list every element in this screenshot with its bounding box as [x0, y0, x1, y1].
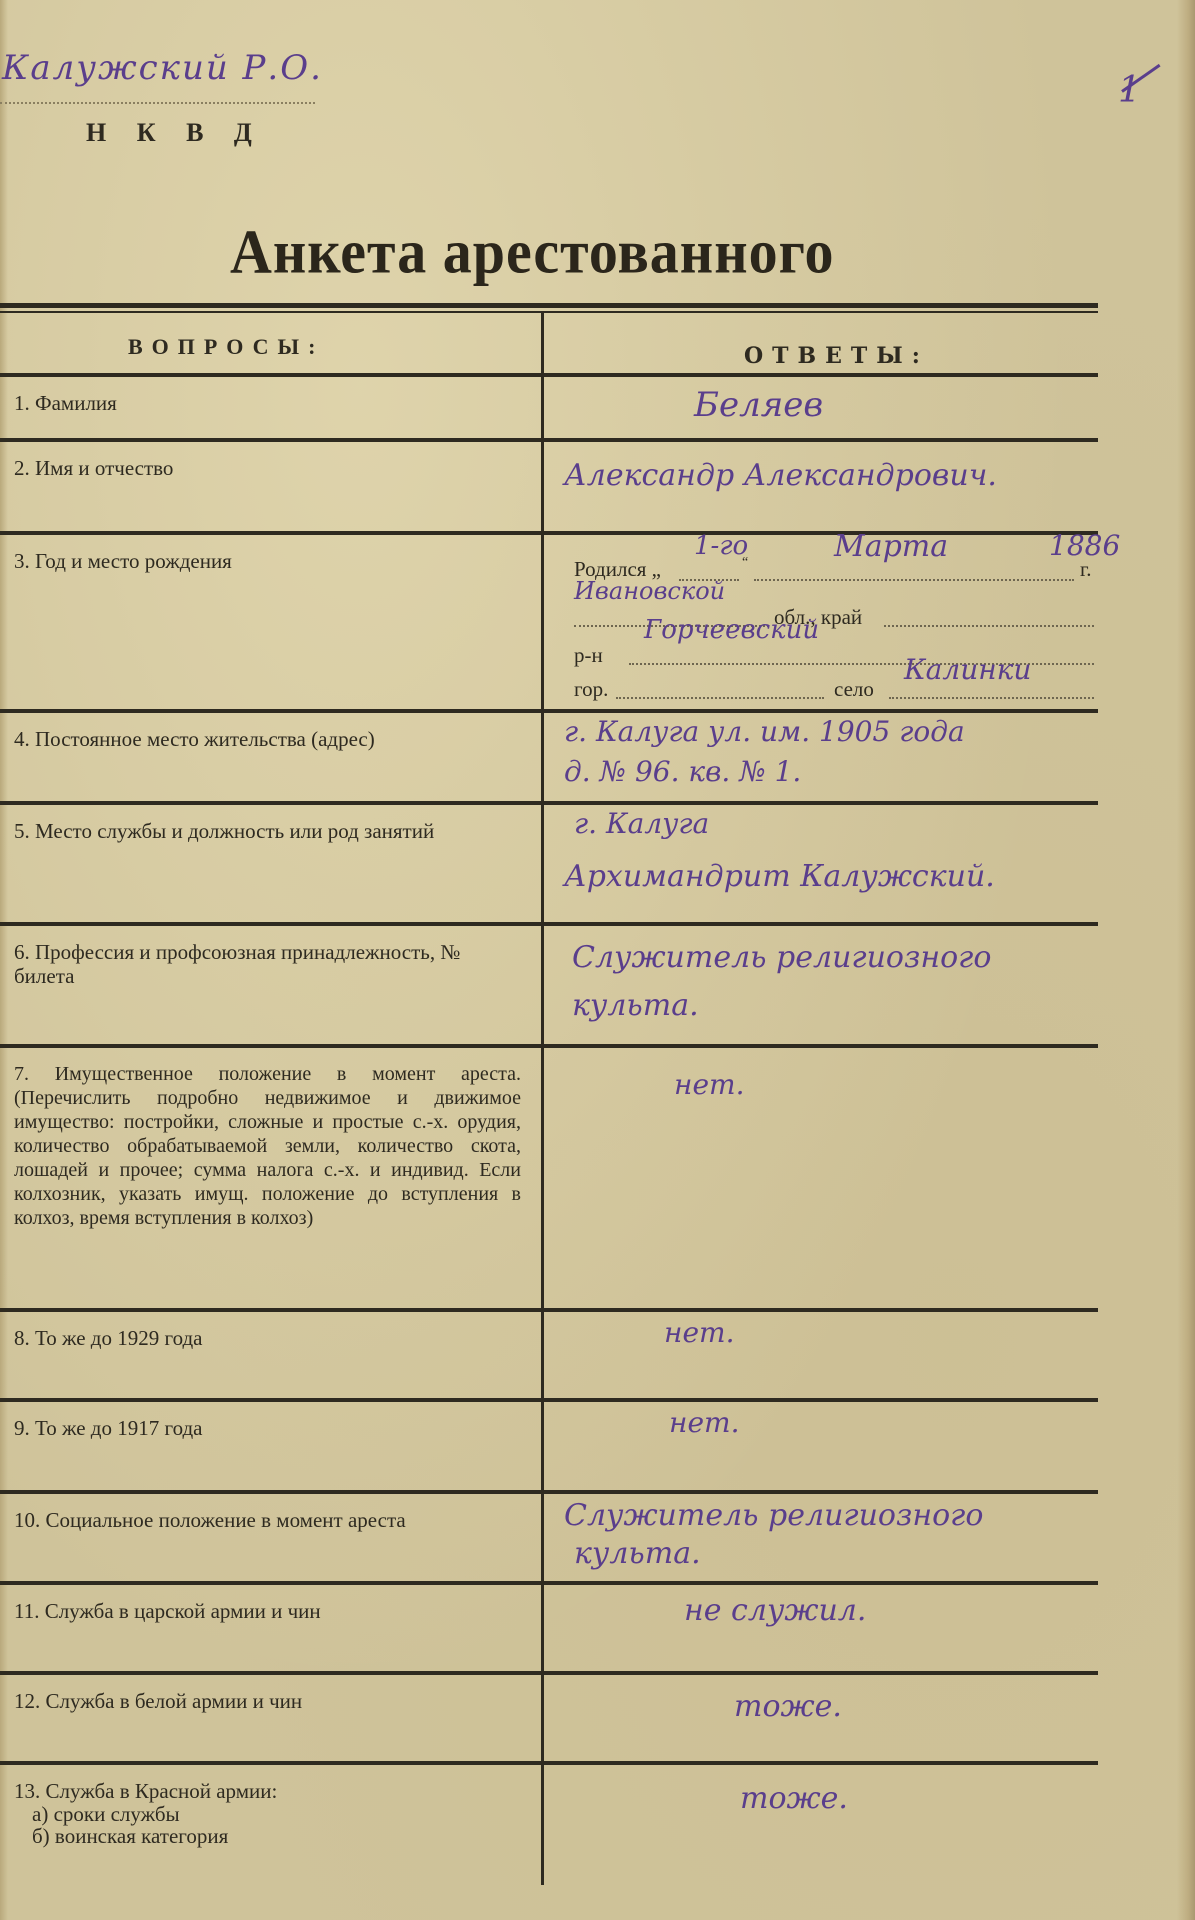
- table-row: 11. Служба в царской армии и чин не служ…: [0, 1585, 1098, 1675]
- question-address: 4. Постоянное место жительства (адрес): [0, 713, 544, 801]
- question-profession: 6. Профессия и профсоюзная принадлежност…: [0, 926, 544, 1044]
- question-property: 7. Имущественное положение в момент арес…: [0, 1048, 544, 1308]
- year-dots: [754, 579, 1074, 581]
- table-row: 5. Место службы и должность или род заня…: [0, 805, 1098, 926]
- answer-property-1929: нет.: [664, 1316, 734, 1349]
- question-red-army-title: 13. Служба в Красной армии:: [14, 1779, 521, 1803]
- village-dots: [889, 697, 1094, 699]
- region-dots-2: [884, 625, 1094, 627]
- birth-village: Калинки: [904, 653, 1031, 686]
- question-birth: 3. Год и место рождения: [0, 535, 544, 709]
- question-tsarist-army: 11. Служба в царской армии и чин: [0, 1585, 544, 1671]
- answer-surname: Беляев: [694, 385, 823, 425]
- birth-fields: 1-го Марта 1886 Родился „ “ г. Ивановско…: [544, 535, 1098, 709]
- answer-name: Александр Александрович.: [564, 458, 997, 493]
- answer-white-army: тоже.: [734, 1689, 842, 1724]
- agency-label: Н К В Д: [86, 118, 264, 148]
- table-row: 7. Имущественное положение в момент арес…: [0, 1048, 1098, 1312]
- table-row: 3. Год и место рождения 1-го Марта 1886 …: [0, 535, 1098, 713]
- birth-month: Марта: [834, 529, 948, 564]
- answer-property: нет.: [674, 1068, 744, 1101]
- birth-district: Горчеевский: [644, 615, 819, 645]
- question-red-army-terms: а) сроки службы: [14, 1803, 521, 1825]
- birth-region: Ивановской: [574, 577, 725, 605]
- city-label: гор.: [574, 677, 608, 702]
- question-surname: 1. Фамилия: [0, 377, 544, 438]
- answer-profession-line1: Служитель религиозного: [572, 940, 991, 975]
- year-label: г.: [1080, 557, 1092, 582]
- table-row: 1. Фамилия Беляев: [0, 377, 1098, 442]
- answer-social-status-line1: Служитель религиозного: [564, 1498, 983, 1533]
- answer-social-status-line2: культа.: [574, 1536, 701, 1571]
- question-red-army: 13. Служба в Красной армии: а) сроки слу…: [0, 1765, 544, 1885]
- birth-day: 1-го: [694, 531, 748, 561]
- table-header: ВОПРОСЫ: ОТВЕТЫ:: [0, 313, 1098, 377]
- answer-workplace-line1: г. Калуга: [574, 807, 709, 840]
- question-workplace: 5. Место службы и должность или род заня…: [0, 805, 544, 922]
- questionnaire-table: ВОПРОСЫ: ОТВЕТЫ: 1. Фамилия Беляев 2. Им…: [0, 303, 1098, 1885]
- village-label: село: [834, 677, 874, 702]
- table-row: 4. Постоянное место жительства (адрес) г…: [0, 713, 1098, 805]
- question-property-1929: 8. То же до 1929 года: [0, 1312, 544, 1398]
- answers-header: ОТВЕТЫ:: [744, 343, 929, 369]
- questions-header: ВОПРОСЫ:: [0, 313, 544, 373]
- question-property-1917: 9. То же до 1917 года: [0, 1402, 544, 1490]
- office-handwritten: Калужский Р.О.: [2, 48, 323, 88]
- answer-tsarist-army: не служил.: [684, 1593, 866, 1628]
- table-row: 10. Социальное положение в момент ареста…: [0, 1494, 1098, 1585]
- city-dots: [616, 697, 824, 699]
- page-title: Анкета арестованного: [230, 215, 835, 287]
- answer-address-line1: г. Калуга ул. им. 1905 года: [564, 715, 965, 748]
- table-row: 9. То же до 1917 года нет.: [0, 1402, 1098, 1494]
- table-row: 13. Служба в Красной армии: а) сроки слу…: [0, 1765, 1098, 1885]
- answer-profession-line2: культа.: [572, 988, 699, 1023]
- question-red-army-category: б) воинская категория: [14, 1825, 521, 1847]
- office-dotted-line: [0, 102, 315, 104]
- top-rule: [0, 303, 1098, 308]
- table-row: 8. То же до 1929 года нет.: [0, 1312, 1098, 1402]
- table-row: 6. Профессия и профсоюзная принадлежност…: [0, 926, 1098, 1048]
- question-white-army: 12. Служба в белой армии и чин: [0, 1675, 544, 1761]
- question-social-status: 10. Социальное положение в момент ареста: [0, 1494, 544, 1581]
- answer-red-army: тоже.: [740, 1781, 848, 1816]
- district-label: р-н: [574, 643, 603, 668]
- answer-address-line2: д. № 96. кв. № 1.: [564, 755, 801, 788]
- paper-right-edge: [1177, 0, 1195, 1920]
- table-row: 2. Имя и отчество Александр Александрови…: [0, 442, 1098, 535]
- quote-mark: “: [742, 555, 748, 571]
- answer-workplace-line2: Архимандрит Калужский.: [564, 859, 995, 894]
- answers-header-cell: ОТВЕТЫ:: [544, 313, 1098, 373]
- question-name: 2. Имя и отчество: [0, 442, 544, 531]
- table-row: 12. Служба в белой армии и чин тоже.: [0, 1675, 1098, 1765]
- answer-property-1917: нет.: [669, 1406, 739, 1439]
